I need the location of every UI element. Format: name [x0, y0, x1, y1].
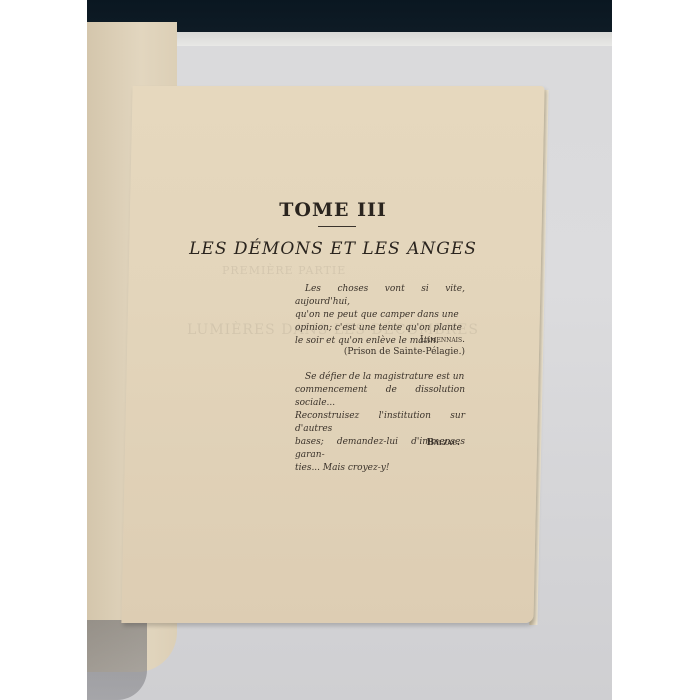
book-photo: PREMIÈRE PARTIE LUMIÈRES DANS LES DÉCOMB…	[87, 0, 612, 700]
title-rule	[318, 226, 356, 227]
bleed-through-text: PREMIÈRE PARTIE	[222, 264, 346, 277]
epigraph-source: (Prison de Sainte-Pélagie.)	[295, 347, 465, 357]
epigraph-author: Balzac.	[295, 438, 460, 448]
epigraph-line: ties... Mais croyez-y!	[295, 462, 465, 475]
page-shadow	[87, 620, 147, 700]
page-content: PREMIÈRE PARTIE LUMIÈRES DANS LES DÉCOMB…	[127, 86, 539, 623]
epigraph-line: opinion; c'est une tente qu'on plante	[295, 322, 465, 335]
volume-title: LES DÉMONS ET LES ANGES	[127, 239, 539, 259]
epigraph-line: Se défier de la magistrature est un	[295, 371, 465, 384]
epigraph-line: commencement de dissolution sociale...	[295, 384, 465, 410]
epigraph-line: Reconstruisez l'institution sur d'autres	[295, 410, 465, 436]
epigraph-line: Les choses vont si vite, aujourd'hui,	[295, 283, 465, 309]
epigraph-balzac: Se défier de la magistrature est un comm…	[295, 371, 465, 475]
volume-heading: TOME III	[127, 199, 539, 221]
epigraph-author: Lamennais.	[295, 335, 465, 345]
epigraph-line: qu'on ne peut que camper dans une	[295, 309, 465, 322]
